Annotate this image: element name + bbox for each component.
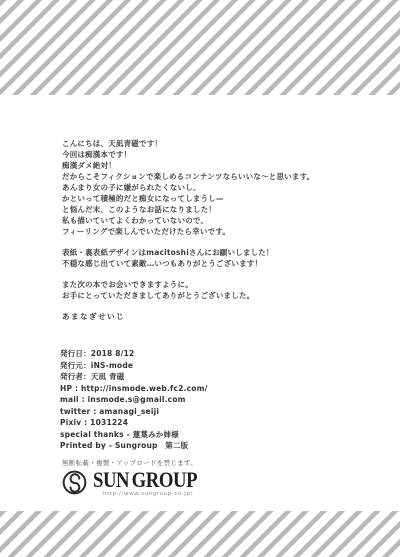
printer-name: SUN GROUP (93, 469, 197, 491)
afterword-paragraph: あまなぎせいじ (62, 311, 314, 322)
twitter-handle: twitter : amanagi_seiji (60, 406, 208, 418)
homepage-url: HP : http://insmode.web.fc2.com/ (60, 383, 208, 395)
publication-date: 発行日：2018 8/12 (60, 348, 208, 360)
afterword-line: と悩んだ末、このようなお話になりました！ (62, 204, 314, 215)
colophon-block: 発行日：2018 8/12 発行元：iNS-mode 発行者：天凪 青磁 HP … (60, 348, 208, 452)
special-thanks: special thanks - 蓮葉みか姉様 (60, 429, 208, 441)
publisher-name: 発行者：天凪 青磁 (60, 371, 208, 383)
afterword-line: あんまり女の子に嫌がられたくないし、 (62, 182, 314, 193)
afterword-line: お手にとっていただきましてありがとうございました。 (62, 290, 314, 301)
afterword-line: 不穏な感じ出ていて素敵…いつもありがとうございます！ (62, 258, 314, 269)
afterword-paragraph: こんにちは、天凪青磁です！ 今回は痴漢本です！ 痴漢ダメ絶対！ だからこそフィク… (62, 138, 314, 237)
sun-group-emblem-icon (62, 470, 87, 495)
afterword-line: また次の本でお会いできますように。 (62, 279, 314, 290)
afterword-line: こんにちは、天凪青磁です！ (62, 138, 314, 149)
afterword-line: 今回は痴漢本です！ (62, 149, 314, 160)
afterword-line: だからこそフィクションで楽しめるコンテンツならいいな〜と思います。 (62, 171, 314, 182)
printed-by: Printed by - Sungroup 第二版 (60, 440, 208, 452)
afterword-line: 痴漢ダメ絶対！ (62, 160, 314, 171)
afterword-line: 表紙・裏表紙デザインはmacitoshiさんにお願いしました！ (62, 247, 314, 258)
afterword-paragraph: 表紙・裏表紙デザインはmacitoshiさんにお願いしました！ 不穏な感じ出てい… (62, 247, 314, 269)
author-signature: あまなぎせいじ (62, 311, 314, 322)
bottom-stripe-band (0, 511, 400, 557)
afterword-line: フィーリングで楽しんでいただけたら幸いです。 (62, 226, 314, 237)
printer-wordmark: SUN GROUP http://www.sungroup-co.jp/ (93, 469, 215, 497)
afterword-line: 私も描いていてよくわかっていないので、 (62, 215, 314, 226)
afterword-block: こんにちは、天凪青磁です！ 今回は痴漢本です！ 痴漢ダメ絶対！ だからこそフィク… (62, 138, 314, 332)
afterword-line: かといって積極的だと痴女になってしまうし— (62, 193, 314, 204)
printer-logo: SUN GROUP http://www.sungroup-co.jp/ (62, 469, 215, 497)
colophon-page: こんにちは、天凪青磁です！ 今回は痴漢本です！ 痴漢ダメ絶対！ だからこそフィク… (0, 0, 400, 557)
top-stripe-band (0, 0, 400, 95)
pixiv-id: Pixiv : 1031224 (60, 417, 208, 429)
copyright-notice: 無断転載・複製・アップロードを禁じます。 (62, 458, 197, 467)
publisher-circle: 発行元：iNS-mode (60, 360, 208, 372)
mail-address: mail : insmode.s@gmail.com (60, 394, 208, 406)
afterword-paragraph: また次の本でお会いできますように。 お手にとっていただきましてありがとうございま… (62, 279, 314, 301)
